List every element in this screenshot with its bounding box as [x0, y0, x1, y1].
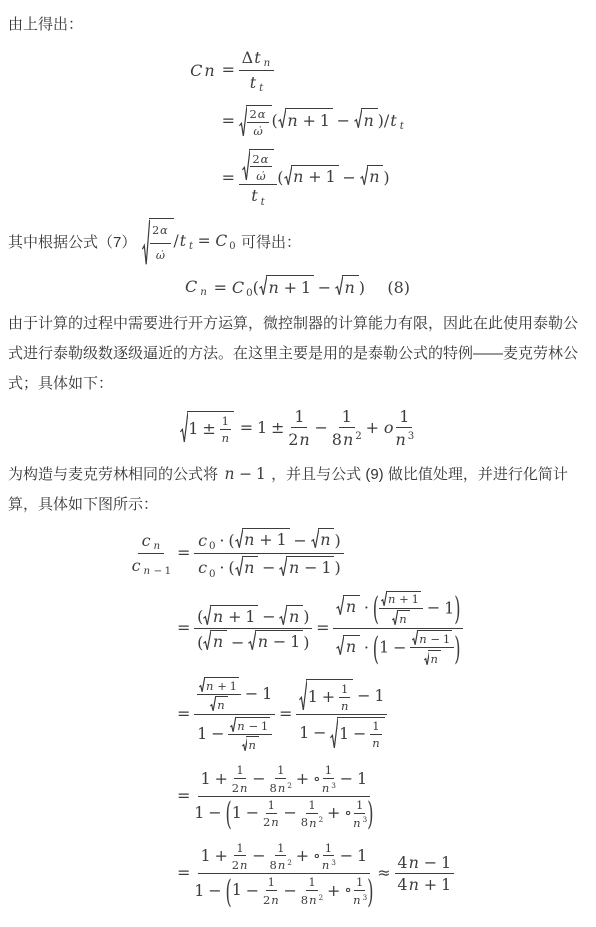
equation-rhs: =Δtntt: [218, 48, 274, 94]
article: 由上得出： Cn=Δtntt=2αω̇(n+1−n)/tt=2αω̇tt(n+1…: [0, 0, 596, 927]
equation-lhs: cncn−1: [131, 531, 174, 577]
paragraph-formula-7: 其中根据公式（7）2αω̇/tt=C0可得出：: [8, 218, 586, 268]
equation-cn-derivation: Cn=Δtntt=2αω̇(n+1−n)/tt=2αω̇tt(n+1−n): [189, 48, 405, 208]
paragraph-intro: 由上得出：: [8, 10, 586, 40]
equation-8: Cn=C0(n+1−n)(8): [184, 275, 410, 299]
paragraph-formula-7-prefix: 其中根据公式（7）: [8, 233, 136, 250]
equation-lhs: 1±1n: [180, 411, 236, 444]
inline-formula-c0-definition: 2αω̇/tt=C0: [142, 232, 236, 250]
equation-maclaurin: 1±1n=1±12n−18n2+o1n3: [180, 407, 415, 449]
paragraph-formula-7-suffix: 可得出：: [241, 233, 301, 250]
equation-rhs: =n+1n−11−n−1n=1+1n−11−1−1n: [173, 677, 387, 752]
equation-rhs: =c0·(n+1−n)c0·(n−n−1): [173, 528, 343, 579]
paragraph-construct-ratio-prefix: 为构造与麦克劳林相同的公式将: [8, 466, 218, 483]
inline-formula-n-minus-1: n−1: [223, 465, 265, 483]
equation-ratio-derivation: cncn−1=c0·(n+1−n)c0·(n−n−1)=(n+1−n)(n−n−…: [131, 528, 464, 906]
equation-rhs: =1+12n−18n2+∘1n3−11−(1−12n−18n2+∘1n3)≈4n…: [173, 841, 454, 907]
equation-lhs: Cn: [184, 277, 210, 298]
paragraph-construct-ratio: 为构造与麦克劳林相同的公式将n−1，并且与公式 (9) 做比值处理，并进行化简计…: [8, 459, 586, 520]
equation-rhs: =1±12n−18n2+o1n3: [236, 407, 414, 449]
equation-rhs: =C0(n+1−n)(8): [210, 275, 410, 299]
equation-rhs: =2αω̇tt(n+1−n): [218, 149, 390, 207]
equation-rhs: =1+12n−18n2+∘1n3−11−(1−12n−18n2+∘1n3): [173, 763, 373, 829]
equation-rhs: =2αω̇(n+1−n)/tt: [218, 105, 405, 138]
equation-lhs: Cn: [189, 61, 218, 80]
equation-rhs: =(n+1−n)(n−n−1)=n·(n+1n−1)n·(1−n−1n): [173, 591, 463, 666]
paragraph-taylor-maclaurin: 由于计算的过程中需要进行开方运算，微控制器的计算能力有限，因此在此使用泰勒公式进…: [8, 309, 586, 399]
